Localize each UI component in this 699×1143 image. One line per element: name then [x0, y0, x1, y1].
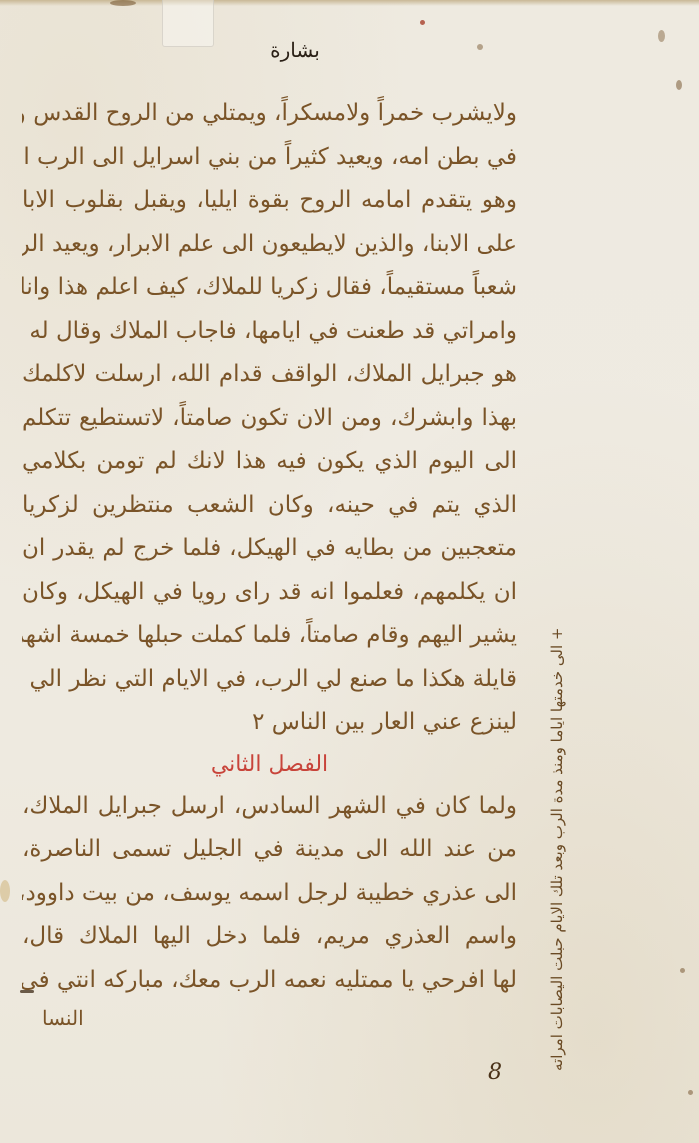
- text-line: قايلة هكذا ما صنع لي الرب، في الايام الت…: [22, 658, 517, 702]
- text-line: ان يكلمهم، فعلموا انه قد راى رويا في اله…: [22, 571, 517, 615]
- text-line: متعجبين من بطايه في الهيكل، فلما خرج لم …: [22, 527, 517, 571]
- text-line: الى اليوم الذي يكون فيه هذا لانك لم تومن…: [22, 440, 517, 484]
- page-edge: [0, 0, 699, 6]
- catchword-mark: [20, 990, 34, 993]
- chapter-heading: الفصل الثاني: [22, 745, 517, 785]
- text-line: الذي يتم في حينه، وكان الشعب منتظرين لزك…: [22, 484, 517, 528]
- text-line: شعباً مستقيماً، فقال زكريا للملاك، كيف ا…: [22, 266, 517, 310]
- text-line: من عند الله الى مدينة في الجليل تسمى الن…: [22, 828, 517, 872]
- text-line: لها افرحي يا ممتليه نعمه الرب معك، مبارك…: [22, 959, 517, 1003]
- ink-spot: [477, 44, 483, 50]
- text-line: على الابنا، والذين لايطيعون الى علم الاب…: [22, 223, 517, 267]
- text-line: الى عذري خطيبة لرجل اسمه يوسف، من بيت دا…: [22, 872, 517, 916]
- catchword: النسا: [42, 1006, 84, 1030]
- manuscript-page: بشارة ولايشرب خمراً ولامسكراً، ويمتلي من…: [0, 0, 699, 1143]
- text-line: ولايشرب خمراً ولامسكراً، ويمتلي من الروح…: [22, 92, 517, 136]
- text-line: ولما كان في الشهر السادس، ارسل جبرايل ال…: [22, 785, 517, 829]
- paper-stain: [0, 880, 10, 902]
- repair-tape: [162, 0, 214, 47]
- text-line: في بطن امه، ويعيد كثيراً من بني اسرايل ا…: [22, 136, 517, 180]
- paper-damage: [110, 0, 136, 6]
- text-line: وهو يتقدم امامه الروح بقوة ايليا، ويقبل …: [22, 179, 517, 223]
- text-line: يشير اليهم وقام صامتاً، فلما كملت حبلها …: [22, 614, 517, 658]
- ink-spot: [420, 20, 425, 25]
- text-line-final: لينزع عني العار بين الناس ٢: [22, 701, 517, 745]
- text-line: بهذا وابشرك، ومن الان تكون صامتاً، لاتست…: [22, 397, 517, 441]
- text-line: وامراتي قد طعنت في ايامها، فاجاب الملاك …: [22, 310, 517, 354]
- ink-spot: [658, 30, 665, 42]
- folio-heading: بشارة: [270, 38, 320, 62]
- marginal-note: + الى خدمتها اياما ومنذ مدة الرب وبعد تل…: [548, 628, 566, 1098]
- text-line: واسم العذري مريم، فلما دخل اليها الملاك …: [22, 915, 517, 959]
- main-text-block: ولايشرب خمراً ولامسكراً، ويمتلي من الروح…: [22, 92, 517, 1002]
- page-number: 8: [488, 1060, 502, 1085]
- ink-spot: [688, 1090, 693, 1095]
- ink-spot: [676, 80, 682, 90]
- text-line: هو جبرايل الملاك، الواقف قدام الله، ارسل…: [22, 353, 517, 397]
- ink-spot: [680, 968, 685, 973]
